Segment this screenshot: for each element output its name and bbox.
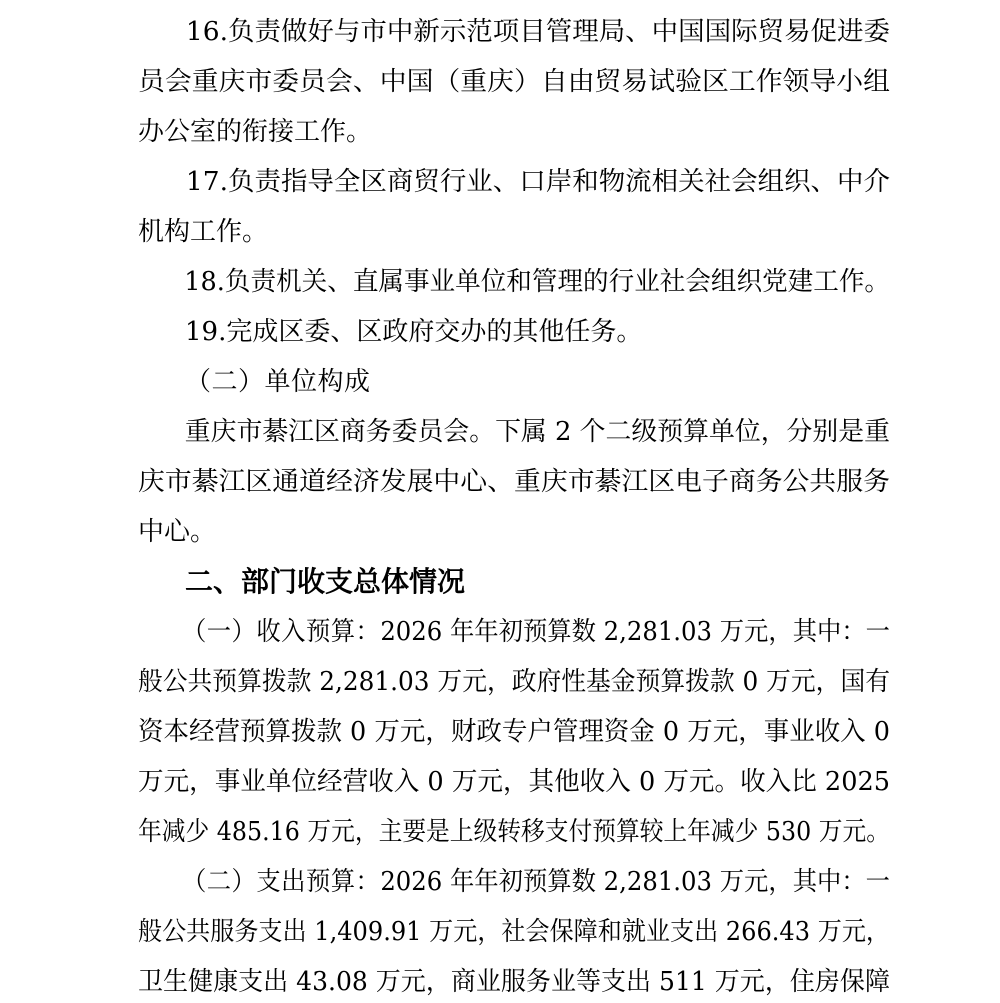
first-line-indent xyxy=(138,590,185,591)
document-line-19: 般公共服务支出 1,409.91 万元，社会保障和就业支出 266.43 万元， xyxy=(138,907,890,957)
document-line-13: （一）收入预算：2026 年年初预算数 2,281.03 万元，其中：一 xyxy=(138,607,890,657)
text-segment: 17.负责指导全区商贸行业、口岸和物流相关社会组织、中介 xyxy=(186,167,890,197)
text-segment: 18.负责机关、直属事业单位和管理的行业社会组织党建工作。 xyxy=(184,267,890,297)
line-content: 般公共预算拨款 2,281.03 万元，政府性基金预算拨款 0 万元，国有 xyxy=(138,657,890,707)
document-line-10: 庆市綦江区通道经济发展中心、重庆市綦江区电子商务公共服务 xyxy=(138,457,890,507)
document-line-4: 17.负责指导全区商贸行业、口岸和物流相关社会组织、中介 xyxy=(138,157,890,207)
line-content: 员会重庆市委员会、中国（重庆）自由贸易试验区工作领导小组 xyxy=(138,57,890,107)
first-line-indent xyxy=(138,289,184,290)
document-line-16: 万元，事业单位经营收入 0 万元，其他收入 0 万元。收入比 2025 xyxy=(138,757,890,807)
line-content: 18.负责机关、直属事业单位和管理的行业社会组织党建工作。 xyxy=(138,257,890,307)
line-content: （二）支出预算：2026 年年初预算数 2,281.03 万元，其中：一 xyxy=(138,857,890,907)
line-content: 二、部门收支总体情况 xyxy=(138,557,465,608)
first-line-indent xyxy=(138,639,182,640)
document-line-14: 般公共预算拨款 2,281.03 万元，政府性基金预算拨款 0 万元，国有 xyxy=(138,657,890,707)
line-content: （一）收入预算：2026 年年初预算数 2,281.03 万元，其中：一 xyxy=(138,607,890,657)
text-segment: 重庆市綦江区商务委员会。下属 2 个二级预算单位，分别是重 xyxy=(185,417,890,447)
document-line-20: 卫生健康支出 43.08 万元，商业服务业等支出 511 万元，住房保障 xyxy=(138,957,890,1003)
text-segment: 年减少 485.16 万元，主要是上级转移支付预算较上年减少 530 万元。 xyxy=(138,817,890,847)
document-line-3: 办公室的衔接工作。 xyxy=(138,107,890,157)
first-line-indent xyxy=(138,189,186,190)
first-line-indent xyxy=(138,389,185,390)
document-line-6: 18.负责机关、直属事业单位和管理的行业社会组织党建工作。 xyxy=(138,257,890,307)
line-content: 庆市綦江区通道经济发展中心、重庆市綦江区电子商务公共服务 xyxy=(138,457,890,507)
text-block: 16.负责做好与市中新示范项目管理局、中国国际贸易促进委员会重庆市委员会、中国（… xyxy=(138,7,890,1003)
document-line-18: （二）支出预算：2026 年年初预算数 2,281.03 万元，其中：一 xyxy=(138,857,890,907)
first-line-indent xyxy=(138,339,185,340)
line-content: 办公室的衔接工作。 xyxy=(138,107,372,157)
document-line-7: 19.完成区委、区政府交办的其他任务。 xyxy=(138,307,890,357)
text-segment: 中心。 xyxy=(138,517,216,547)
text-segment: 员会重庆市委员会、中国（重庆）自由贸易试验区工作领导小组 xyxy=(138,67,890,97)
line-content: （二）单位构成 xyxy=(138,357,371,407)
text-segment: 般公共服务支出 1,409.91 万元，社会保障和就业支出 266.43 万元， xyxy=(138,917,890,947)
text-segment: 19.完成区委、区政府交办的其他任务。 xyxy=(185,317,642,347)
kaiti-text-segment: （一）收入预算： xyxy=(182,617,380,647)
document-line-5: 机构工作。 xyxy=(138,207,890,257)
line-content: 年减少 485.16 万元，主要是上级转移支付预算较上年减少 530 万元。 xyxy=(138,807,890,857)
document-line-9: 重庆市綦江区商务委员会。下属 2 个二级预算单位，分别是重 xyxy=(138,407,890,457)
document-line-11: 中心。 xyxy=(138,507,890,557)
document-line-1: 16.负责做好与市中新示范项目管理局、中国国际贸易促进委 xyxy=(138,7,890,57)
text-segment: 16.负责做好与市中新示范项目管理局、中国国际贸易促进委 xyxy=(186,17,890,47)
text-segment: 二、部门收支总体情况 xyxy=(185,565,465,598)
first-line-indent xyxy=(138,889,182,890)
line-content: 16.负责做好与市中新示范项目管理局、中国国际贸易促进委 xyxy=(138,7,890,57)
text-segment: 万元，事业单位经营收入 0 万元，其他收入 0 万元。收入比 2025 xyxy=(138,767,890,797)
document-line-12: 二、部门收支总体情况 xyxy=(138,557,890,607)
text-segment: 2026 年年初预算数 2,281.03 万元，其中：一 xyxy=(380,617,890,647)
text-segment: 2026 年年初预算数 2,281.03 万元，其中：一 xyxy=(380,867,890,897)
document-line-8: （二）单位构成 xyxy=(138,357,890,407)
line-content: 重庆市綦江区商务委员会。下属 2 个二级预算单位，分别是重 xyxy=(138,407,890,457)
document-line-15: 资本经营预算拨款 0 万元，财政专户管理资金 0 万元，事业收入 0 xyxy=(138,707,890,757)
document-line-17: 年减少 485.16 万元，主要是上级转移支付预算较上年减少 530 万元。 xyxy=(138,807,890,857)
line-content: 中心。 xyxy=(138,507,216,557)
kaiti-text-segment: （二）支出预算： xyxy=(182,867,380,897)
line-content: 资本经营预算拨款 0 万元，财政专户管理资金 0 万元，事业收入 0 xyxy=(138,707,890,757)
first-line-indent xyxy=(138,439,185,440)
text-segment: 般公共预算拨款 2,281.03 万元，政府性基金预算拨款 0 万元，国有 xyxy=(138,667,890,697)
text-segment: 卫生健康支出 43.08 万元，商业服务业等支出 511 万元，住房保障 xyxy=(138,967,890,997)
line-content: 19.完成区委、区政府交办的其他任务。 xyxy=(138,307,642,357)
text-segment: 机构工作。 xyxy=(138,217,268,247)
document-line-2: 员会重庆市委员会、中国（重庆）自由贸易试验区工作领导小组 xyxy=(138,57,890,107)
kaiti-text-segment: （二）单位构成 xyxy=(185,367,371,397)
line-content: 17.负责指导全区商贸行业、口岸和物流相关社会组织、中介 xyxy=(138,157,890,207)
text-segment: 资本经营预算拨款 0 万元，财政专户管理资金 0 万元，事业收入 0 xyxy=(138,717,890,747)
line-content: 机构工作。 xyxy=(138,207,268,257)
text-segment: 庆市綦江区通道经济发展中心、重庆市綦江区电子商务公共服务 xyxy=(138,467,890,497)
text-segment: 办公室的衔接工作。 xyxy=(138,117,372,147)
line-content: 卫生健康支出 43.08 万元，商业服务业等支出 511 万元，住房保障 xyxy=(138,957,890,1003)
document-page: 16.负责做好与市中新示范项目管理局、中国国际贸易促进委员会重庆市委员会、中国（… xyxy=(0,0,1000,1003)
first-line-indent xyxy=(138,39,186,40)
line-content: 般公共服务支出 1,409.91 万元，社会保障和就业支出 266.43 万元， xyxy=(138,907,890,957)
line-content: 万元，事业单位经营收入 0 万元，其他收入 0 万元。收入比 2025 xyxy=(138,757,890,807)
